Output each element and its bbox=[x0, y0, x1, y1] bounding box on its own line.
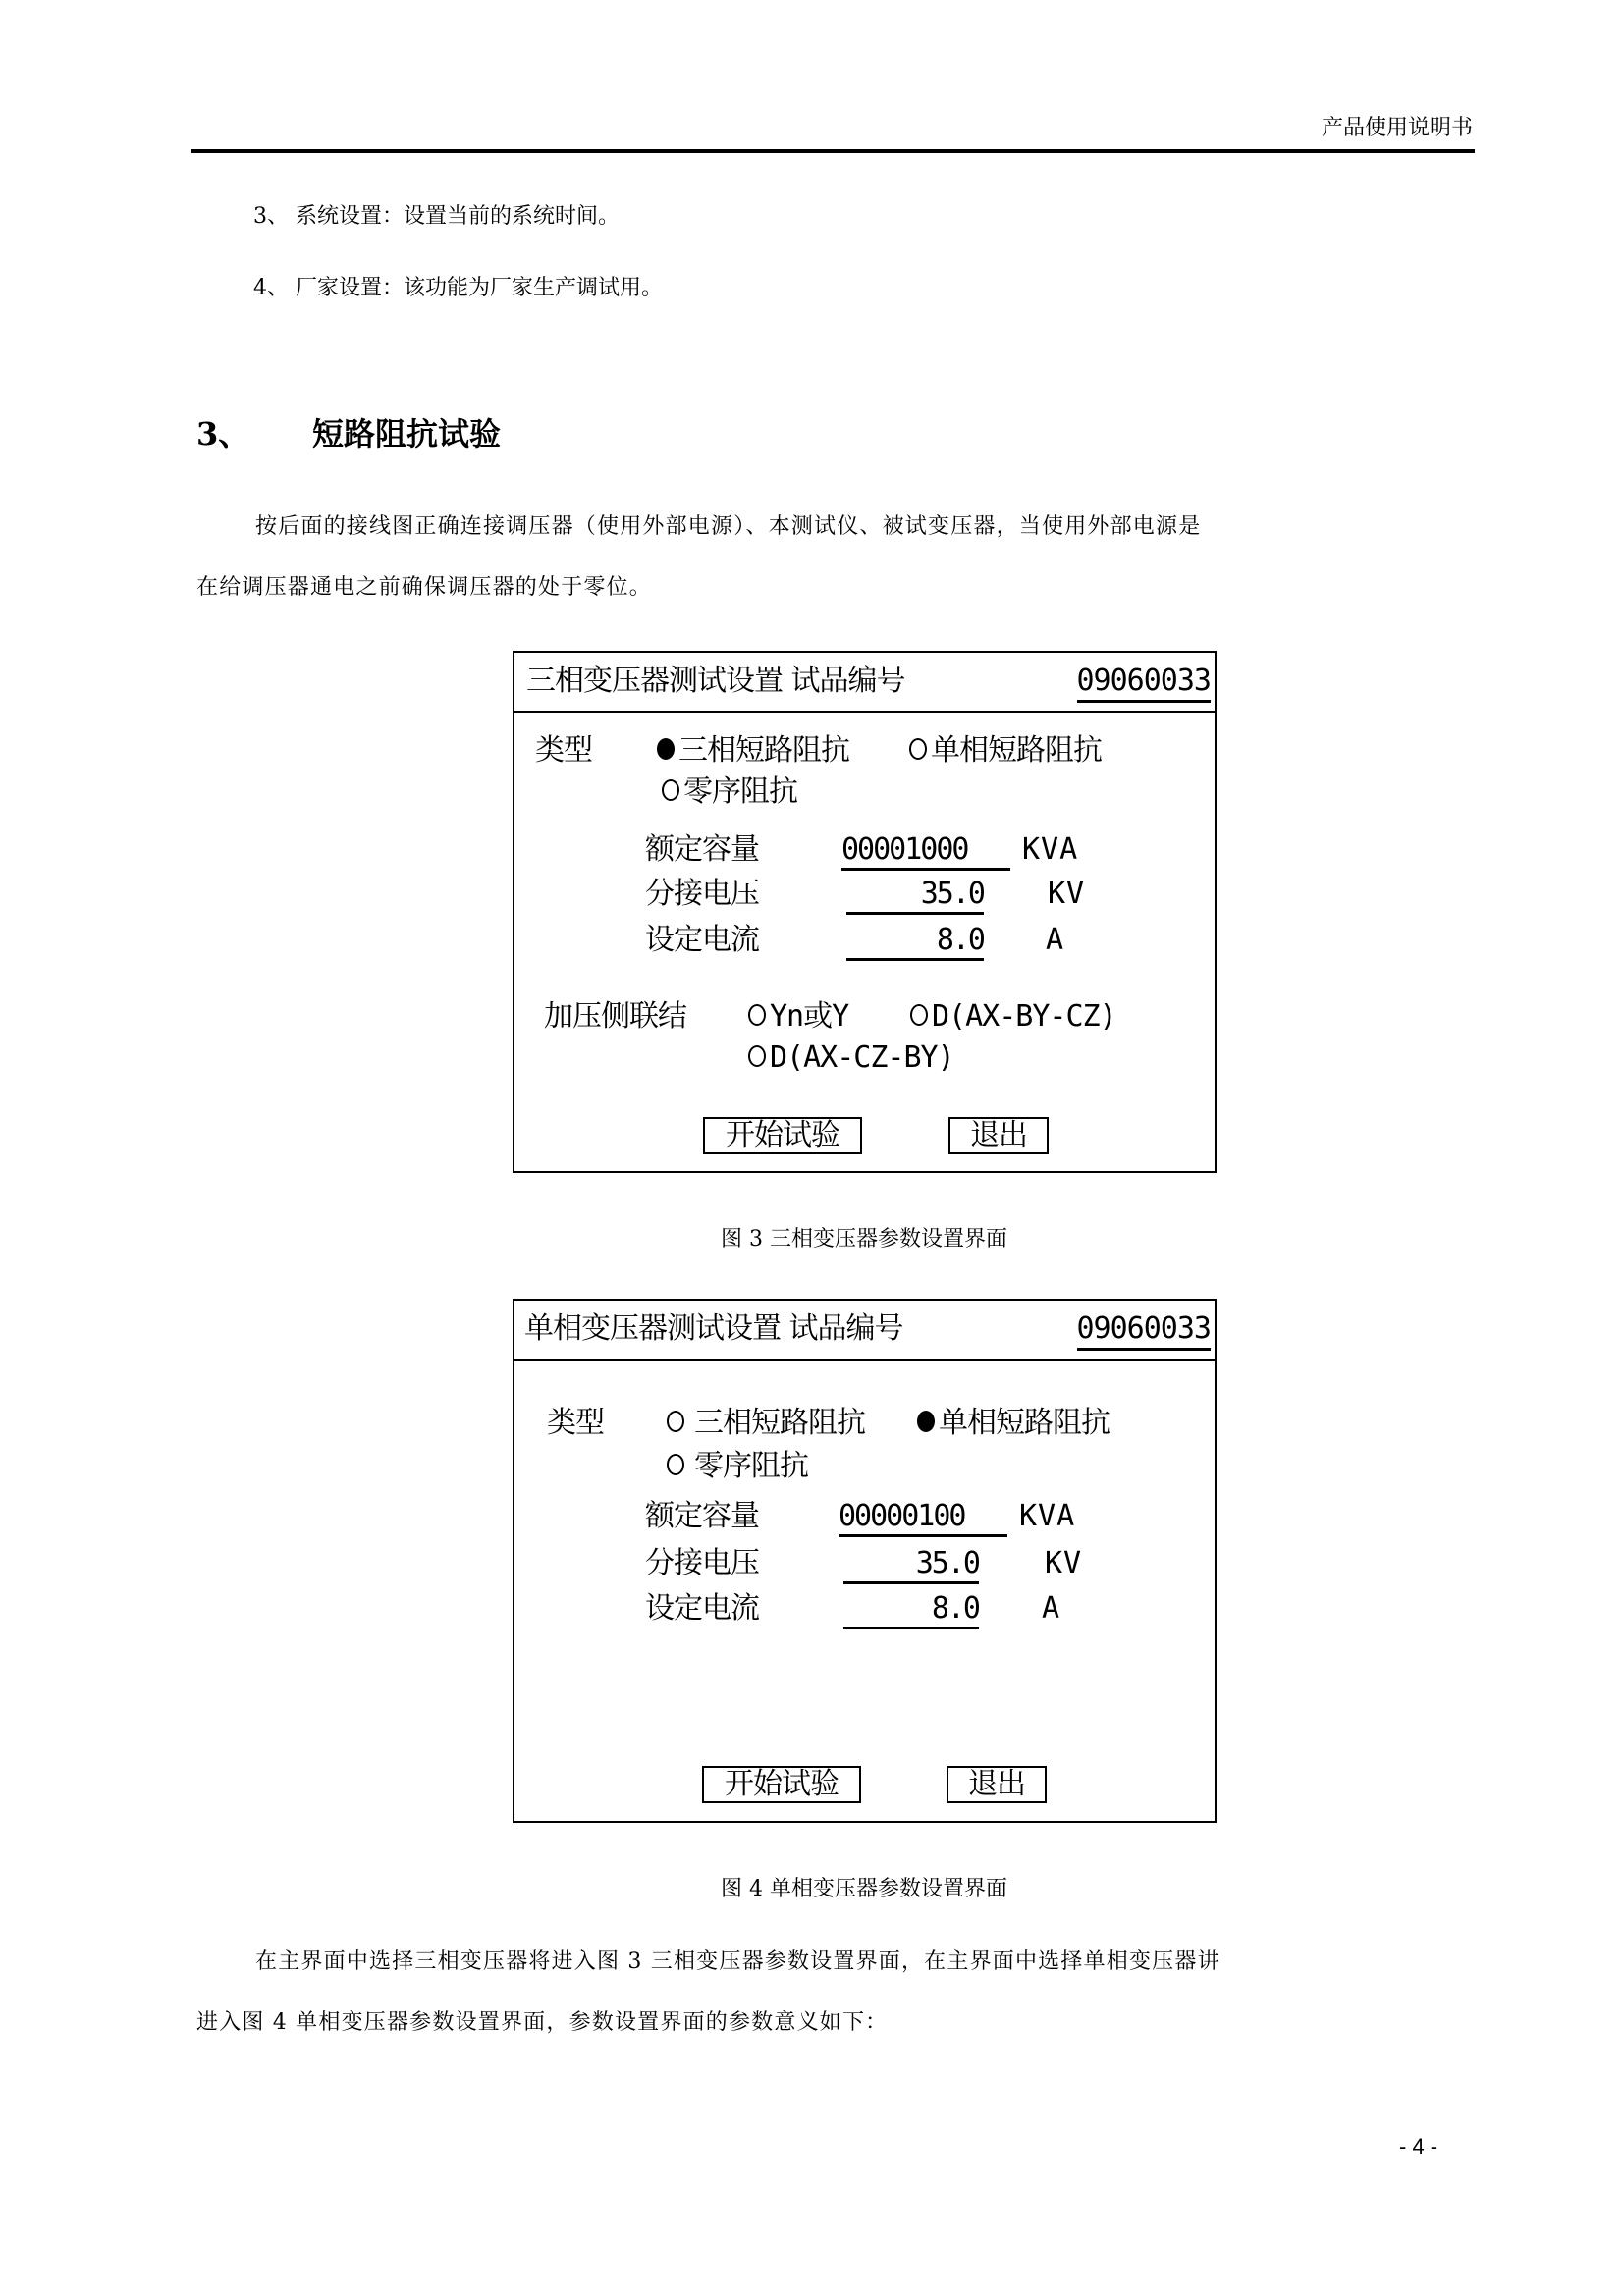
connection-label: 加压侧联结 bbox=[544, 999, 686, 1035]
connection-option-d-ax-by-cz[interactable]: D(AX-BY-CZ) bbox=[910, 999, 1116, 1035]
unit-a: A bbox=[1046, 923, 1064, 958]
type-label: 类型 bbox=[535, 733, 592, 769]
rated-capacity-field[interactable]: 00000100 bbox=[839, 1499, 1007, 1537]
type-label: 类型 bbox=[547, 1406, 604, 1441]
screen-title: 三相变压器测试设置 试品编号 bbox=[526, 663, 905, 700]
sample-serial-number[interactable]: 09060033 bbox=[1077, 1310, 1212, 1351]
unit-kva: KVA bbox=[1022, 832, 1078, 868]
radio-unselected-icon[interactable] bbox=[667, 1454, 684, 1475]
type-option-single-phase[interactable]: 单相短路阻抗 bbox=[917, 1406, 1110, 1441]
type-option-zero-sequence[interactable]: 零序阻抗 bbox=[662, 774, 797, 810]
type-option-single-phase[interactable]: 单相短路阻抗 bbox=[909, 733, 1102, 769]
start-test-button[interactable]: 开始试验 bbox=[703, 1117, 862, 1154]
screen-title-bar: 三相变压器测试设置 试品编号 09060033 bbox=[514, 653, 1215, 713]
tap-voltage-field[interactable]: 35.0 bbox=[843, 1546, 979, 1584]
section-number: 3、 bbox=[196, 412, 249, 455]
param-label-rated-capacity: 额定容量 bbox=[645, 1499, 759, 1534]
param-label-rated-capacity: 额定容量 bbox=[645, 832, 759, 868]
running-header: 产品使用说明书 bbox=[1322, 114, 1473, 143]
list-item-factory-settings: 4、 厂家设置：该功能为厂家生产调试用。 bbox=[253, 274, 663, 303]
three-phase-settings-screen: 三相变压器测试设置 试品编号 09060033 类型 三相短路阻抗 单相短路阻抗… bbox=[513, 651, 1217, 1173]
unit-kva: KVA bbox=[1019, 1499, 1075, 1534]
outro-line-1: 在主界面中选择三相变压器将进入图 3 三相变压器参数设置界面，在主界面中选择单相… bbox=[255, 1948, 1220, 1977]
param-label-tap-voltage: 分接电压 bbox=[645, 1546, 759, 1581]
radio-unselected-icon[interactable] bbox=[667, 1411, 684, 1432]
param-label-set-current: 设定电流 bbox=[645, 1591, 759, 1627]
screen-title-bar: 单相变压器测试设置 试品编号 09060033 bbox=[514, 1301, 1215, 1361]
radio-unselected-icon[interactable] bbox=[909, 738, 927, 760]
outro-line-2: 进入图 4 单相变压器参数设置界面，参数设置界面的参数意义如下： bbox=[196, 2008, 888, 2038]
unit-kv: KV bbox=[1045, 1546, 1082, 1581]
figure-4-caption: 图 4 单相变压器参数设置界面 bbox=[0, 1875, 1624, 1904]
set-current-field[interactable]: 8.0 bbox=[843, 1591, 979, 1629]
radio-unselected-icon[interactable] bbox=[748, 1045, 766, 1067]
type-option-zero-sequence[interactable]: 零序阻抗 bbox=[667, 1449, 808, 1484]
radio-selected-icon[interactable] bbox=[917, 1411, 935, 1432]
type-option-three-phase[interactable]: 三相短路阻抗 bbox=[657, 733, 849, 769]
header-rule bbox=[191, 149, 1475, 153]
type-option-three-phase[interactable]: 三相短路阻抗 bbox=[667, 1406, 865, 1441]
param-label-tap-voltage: 分接电压 bbox=[645, 877, 759, 912]
intro-line-2: 在给调压器通电之前确保调压器的处于零位。 bbox=[196, 573, 652, 603]
exit-button[interactable]: 退出 bbox=[948, 1117, 1049, 1154]
connection-option-d-ax-cz-by[interactable]: D(AX-CZ-BY) bbox=[748, 1041, 954, 1076]
radio-unselected-icon[interactable] bbox=[910, 1004, 928, 1026]
set-current-field[interactable]: 8.0 bbox=[846, 923, 984, 961]
list-item-system-settings: 3、 系统设置：设置当前的系统时间。 bbox=[253, 202, 620, 232]
figure-3-caption: 图 3 三相变压器参数设置界面 bbox=[0, 1225, 1624, 1255]
sample-serial-number[interactable]: 09060033 bbox=[1077, 663, 1212, 703]
unit-a: A bbox=[1042, 1591, 1060, 1627]
connection-option-yn[interactable]: Yn或Y bbox=[748, 999, 848, 1035]
section-title: 短路阻抗试验 bbox=[312, 412, 501, 455]
radio-unselected-icon[interactable] bbox=[748, 1004, 766, 1026]
tap-voltage-field[interactable]: 35.0 bbox=[846, 877, 984, 915]
radio-unselected-icon[interactable] bbox=[662, 779, 679, 801]
param-label-set-current: 设定电流 bbox=[645, 923, 759, 958]
single-phase-settings-screen: 单相变压器测试设置 试品编号 09060033 类型 三相短路阻抗 单相短路阻抗… bbox=[513, 1299, 1217, 1823]
screen-title: 单相变压器测试设置 试品编号 bbox=[524, 1310, 903, 1348]
exit-button[interactable]: 退出 bbox=[947, 1766, 1047, 1803]
intro-line-1: 按后面的接线图正确连接调压器（使用外部电源）、本测试仪、被试变压器，当使用外部电… bbox=[255, 512, 1201, 542]
rated-capacity-field[interactable]: 00001000 bbox=[841, 832, 1010, 871]
unit-kv: KV bbox=[1048, 877, 1085, 912]
start-test-button[interactable]: 开始试验 bbox=[702, 1766, 861, 1803]
radio-selected-icon[interactable] bbox=[657, 738, 675, 760]
page-number: - 4 - bbox=[1399, 2132, 1437, 2162]
